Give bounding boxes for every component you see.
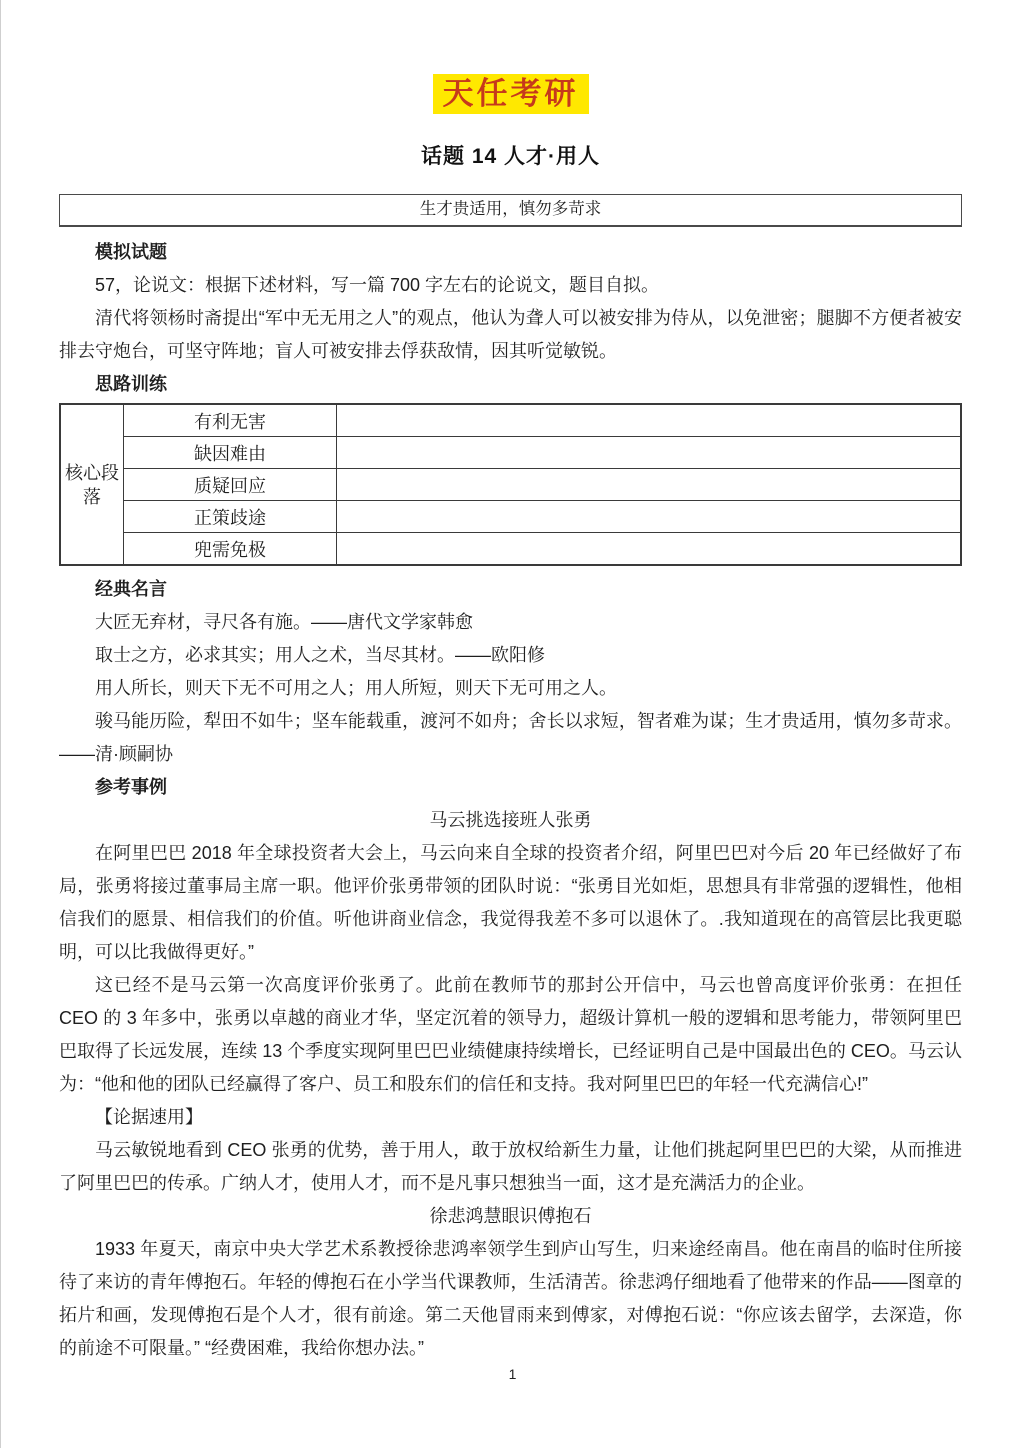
table-row: 核心段落 有利无害 [60, 404, 961, 437]
quote-line: 骏马能历险，犁田不如牛；坚车能载重，渡河不如舟；舍长以求短，智者难为谋；生才贵适… [59, 705, 962, 771]
table-blank-cell [337, 501, 962, 533]
table-row: 质疑回应 [60, 469, 961, 501]
section-heading-sim: 模拟试题 [59, 236, 962, 269]
section-heading-examples: 参考事例 [59, 771, 962, 804]
case1-usage-paragraph: 马云敏锐地看到 CEO 张勇的优势，善于用人，敢于放权给新生力量，让他们挑起阿里… [59, 1134, 962, 1200]
table-blank-cell [337, 437, 962, 469]
table-item-label: 质疑回应 [124, 469, 337, 501]
sim-material: 清代将领杨时斋提出“军中无无用之人”的观点，他认为聋人可以被安排为侍从，以免泄密… [59, 302, 962, 368]
case1-paragraph-2: 这已经不是马云第一次高度评价张勇了。此前在教师节的那封公开信中，马云也曾高度评价… [59, 969, 962, 1101]
quote-line: 用人所长，则天下无不可用之人；用人所短，则天下无可用之人。 [59, 672, 962, 705]
banner-text: 生才贵适用，慎勿多苛求 [420, 200, 602, 218]
banner-box: 生才贵适用，慎勿多苛求 [59, 194, 962, 227]
quote-line: 大匠无弃材，寻尺各有施。——唐代文学家韩愈 [59, 606, 962, 639]
table-row: 缺因难由 [60, 437, 961, 469]
sim-question: 57，论说文：根据下述材料，写一篇 700 字左右的论说文，题目自拟。 [59, 269, 962, 302]
doc-title: 话题 14 人才·用人 [59, 140, 962, 170]
case1-paragraph-1: 在阿里巴巴 2018 年全球投资者大会上，马云向来自全球的投资者介绍，阿里巴巴对… [59, 837, 962, 969]
table-blank-cell [337, 469, 962, 501]
table-item-label: 有利无害 [124, 404, 337, 437]
table-item-label: 缺因难由 [124, 437, 337, 469]
case1-title: 马云挑选接班人张勇 [59, 804, 962, 837]
table-row-header: 核心段落 [60, 404, 124, 565]
table-item-label: 正策歧途 [124, 501, 337, 533]
case2-title: 徐悲鸿慧眼识傅抱石 [59, 1200, 962, 1233]
case1-usage-heading: 【论据速用】 [59, 1101, 962, 1134]
brand-logo: 天任考研 [433, 74, 589, 114]
section-heading-quotes: 经典名言 [59, 573, 962, 606]
brand-header: 天任考研 [59, 74, 962, 114]
case2-paragraph-1: 1933 年夏天，南京中央大学艺术系教授徐悲鸿率领学生到庐山写生，归来途经南昌。… [59, 1233, 962, 1365]
table-row: 兜需免极 [60, 533, 961, 566]
page-number: 1 [1, 1366, 1024, 1382]
quote-line: 取士之方，必求其实；用人之术，当尽其材。——欧阳修 [59, 639, 962, 672]
table-blank-cell [337, 404, 962, 437]
table-blank-cell [337, 533, 962, 566]
document-page: 天任考研 话题 14 人才·用人 生才贵适用，慎勿多苛求 模拟试题 57，论说文… [0, 0, 1024, 1448]
table-item-label: 兜需免极 [124, 533, 337, 566]
section-heading-training: 思路训练 [59, 368, 962, 401]
table-row: 正策歧途 [60, 501, 961, 533]
training-table: 核心段落 有利无害 缺因难由 质疑回应 正策歧途 兜需免极 [59, 403, 962, 566]
